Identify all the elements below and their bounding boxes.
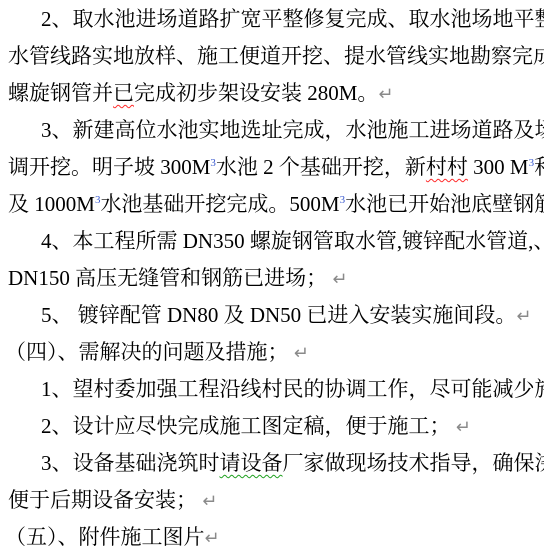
section-heading: （四）、需解决的问题及措施； ↵ — [0, 334, 544, 371]
body-text: 厂家做现场技术指导，确保浇筑合格， — [283, 451, 544, 475]
body-text: 水池已开始池底壁钢筋制作。 — [345, 192, 544, 216]
text-line: 5、 镀锌配管 DN80 及 DN50 已进入安装实施间段。↵ — [0, 297, 544, 334]
text-line: 水管线路实地放样、施工便道开挖、提水管线实地勘察完成;DN350 — [0, 38, 544, 75]
paragraph-mark-icon: ↵ — [294, 343, 309, 364]
paragraph-mark-icon: ↵ — [332, 269, 347, 290]
text-line: 2、取水池进场道路扩宽平整修复完成、取水池场地平整、取 — [0, 1, 544, 38]
body-text: DN150 高压无缝管和钢筋已进场； — [8, 266, 332, 290]
body-text: 水池基础开挖完成。500M — [100, 192, 339, 216]
grammar-error-text: 请设备 — [220, 451, 283, 475]
body-text: 1、望村委加强工程沿线村民的协调工作，尽可能减少施工阻碍; — [41, 377, 544, 401]
document-page[interactable]: 2、取水池进场道路扩宽平整修复完成、取水池场地平整、取 水管线路实地放样、施工便… — [0, 0, 544, 556]
body-text: 5、 镀锌配管 DN80 及 DN50 已进入安装实施间段。 — [41, 303, 516, 327]
text-line: 1、望村委加强工程沿线村民的协调工作，尽可能减少施工阻碍;↵ — [0, 371, 544, 408]
paragraph-mark-icon: ↵ — [202, 491, 217, 512]
body-text: 4、本工程所需 DN350 螺旋钢管取水管,镀锌配水管道,、DN125， — [41, 229, 544, 253]
text-line: 及 1000M3水池基础开挖完成。500M3水池已开始池底壁钢筋制作。↵ — [0, 186, 544, 223]
paragraph-mark-icon: ↵ — [378, 84, 393, 105]
body-text: 2、取水池进场道路扩宽平整修复完成、取水池场地平整、取 — [41, 7, 544, 31]
spell-error-text: 已 — [113, 81, 134, 105]
body-text: 3、新建高位水池实地选址完成，水池施工进场道路及场地协 — [41, 118, 544, 142]
paragraph-mark-icon: ↵ — [456, 417, 471, 438]
paragraph-mark-icon: ↵ — [205, 528, 220, 549]
body-text: 3、设备基础浇筑时 — [41, 451, 220, 475]
paragraph-mark-icon: ↵ — [516, 306, 531, 327]
body-text: 完成初步架设安装 280M。 — [134, 81, 378, 105]
text-line: 螺旋钢管并已完成初步架设安装 280M。↵ — [0, 75, 544, 112]
text-line: 便于后期设备安装； ↵ — [0, 482, 544, 519]
text-line: 3、新建高位水池实地选址完成，水池施工进场道路及场地协 — [0, 112, 544, 149]
spell-error-text: 村村 — [426, 155, 468, 179]
body-text: 2、设计应尽快完成施工图定稿，便于施工； — [41, 414, 456, 438]
body-text: 和 500M — [534, 155, 544, 179]
text-line: DN150 高压无缝管和钢筋已进场； ↵ — [0, 260, 544, 297]
section-heading: （五）、附件施工图片↵ — [0, 519, 544, 556]
body-text: 水管线路实地放样、施工便道开挖、提水管线实地勘察完成;DN350 — [8, 44, 544, 68]
body-text: 便于后期设备安装； — [8, 488, 202, 512]
body-text: 300 M — [468, 155, 529, 179]
body-text: （五）、附件施工图片 — [5, 525, 205, 549]
text-line: 调开挖。明子坡 300M3水池 2 个基础开挖，新村村 300 M3和 500M… — [0, 149, 544, 186]
body-text: 螺旋钢管并 — [8, 81, 113, 105]
body-text: 水池 2 个基础开挖，新 — [216, 155, 426, 179]
text-line: 3、设备基础浇筑时请设备厂家做现场技术指导，确保浇筑合格， — [0, 445, 544, 482]
text-line: 2、设计应尽快完成施工图定稿，便于施工； ↵ — [0, 408, 544, 445]
text-line: 4、本工程所需 DN350 螺旋钢管取水管,镀锌配水管道,、DN125， — [0, 223, 544, 260]
body-text: 调开挖。明子坡 300M — [8, 155, 210, 179]
body-text: 及 1000M — [8, 192, 95, 216]
body-text: （四）、需解决的问题及措施； — [5, 340, 294, 364]
